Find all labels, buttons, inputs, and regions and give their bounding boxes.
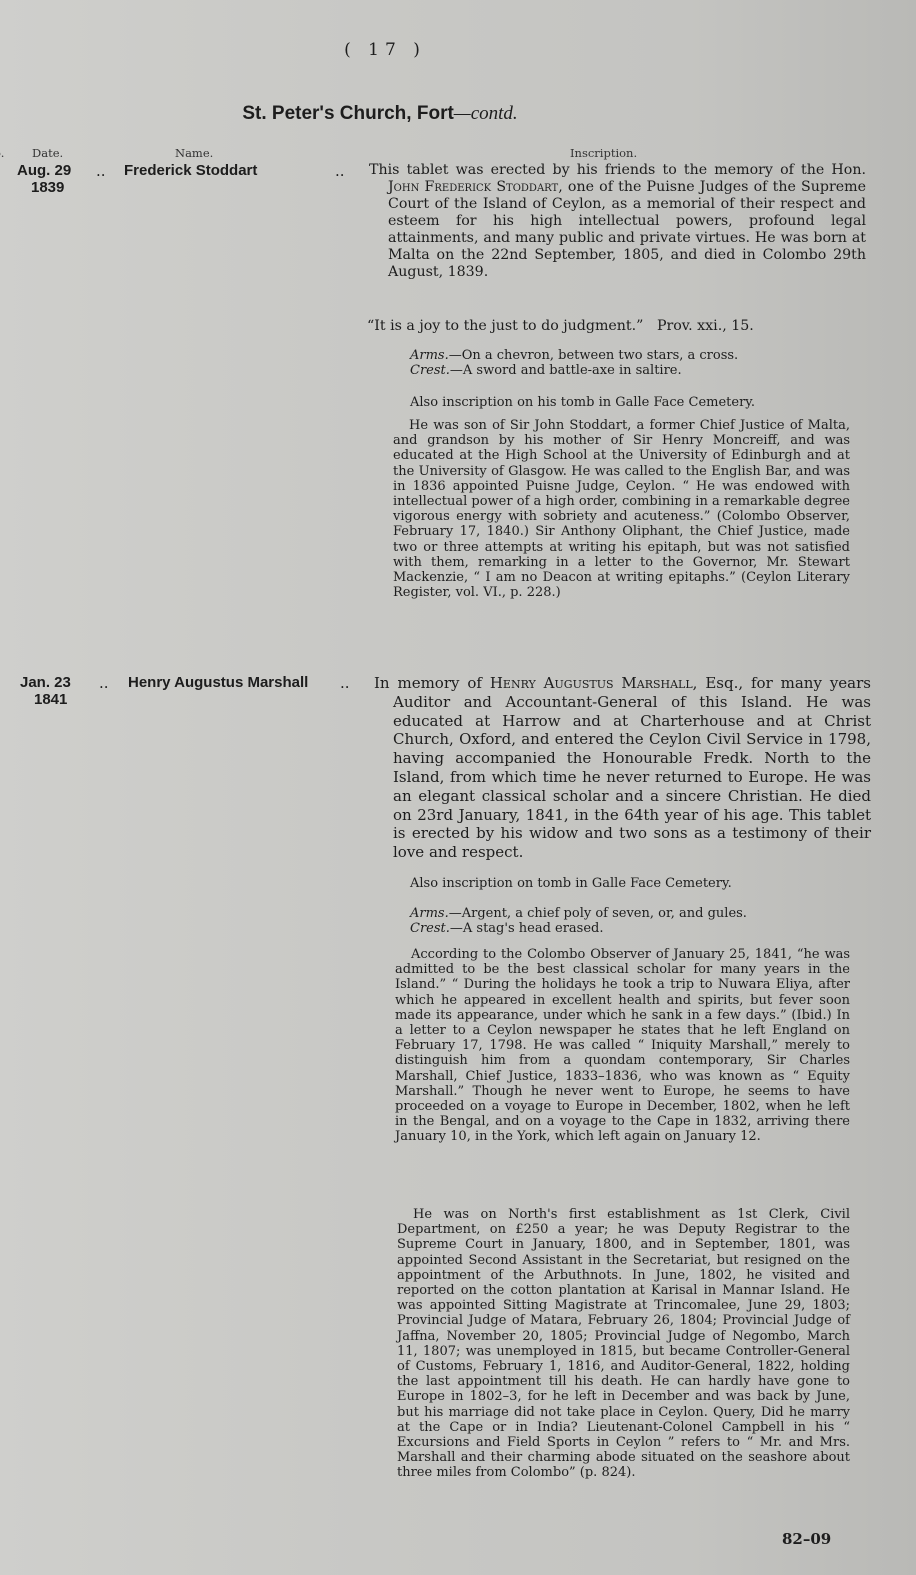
leader-dots: .. xyxy=(96,162,106,180)
entry-note: He was on North's first establishment as… xyxy=(397,1207,850,1481)
quote-reference: Prov. xxi., 15. xyxy=(657,318,754,334)
inscription-text: This tablet was erected by his friends t… xyxy=(369,162,866,281)
leader-dots: .. xyxy=(335,162,345,180)
leader-dots: .. xyxy=(99,674,109,692)
entry-date-year: 1841 xyxy=(20,691,71,708)
also-inscription: Also inscription on his tomb in Galle Fa… xyxy=(410,395,850,410)
entry-name: Henry Augustus Marshall xyxy=(128,674,308,691)
leader-dots: .. xyxy=(340,674,350,692)
footer-code: 82–09 xyxy=(782,1530,831,1548)
inscription-name: John Frederick Stoddart xyxy=(388,179,558,195)
crest-text: —A sword and battle-axe in saltire. xyxy=(450,363,682,378)
column-header-date: Date. xyxy=(32,146,63,160)
inscription-part: , Esq., for many years Auditor and Accou… xyxy=(393,674,871,861)
column-header-no: o. xyxy=(0,146,4,160)
inscription-quote: “It is a joy to the just to do judgment.… xyxy=(367,318,847,335)
page-number: ( 17 ) xyxy=(0,40,770,60)
also-inscription: Also inscription on tomb in Galle Face C… xyxy=(410,876,850,891)
arms-label: Arms. xyxy=(410,348,449,363)
arms-crest: Arms.—On a chevron, between two stars, a… xyxy=(410,348,850,378)
arms-crest: Arms.—Argent, a chief poly of seven, or,… xyxy=(410,906,850,936)
entry-note: According to the Colombo Observer of Jan… xyxy=(395,947,850,1145)
heading-suffix: —contd. xyxy=(454,103,518,124)
entry-date-day: Aug. 29 xyxy=(17,162,71,179)
entry-date-day: Jan. 23 xyxy=(20,674,71,691)
inscription-name: Henry Augustus Marshall xyxy=(490,674,693,692)
crest-label: Crest. xyxy=(410,921,450,936)
crest-text: —A stag's head erased. xyxy=(450,921,604,936)
entry-date-year: 1839 xyxy=(17,179,71,196)
quote-text: “It is a joy to the just to do judgment.… xyxy=(367,318,643,334)
page-heading: St. Peter's Church, Fort—contd. xyxy=(0,103,760,125)
inscription-text: In memory of Henry Augustus Marshall, Es… xyxy=(374,674,871,862)
entry-date: Aug. 29 1839 xyxy=(17,162,71,196)
column-header-name: Name. xyxy=(175,146,213,160)
entry-date: Jan. 23 1841 xyxy=(20,674,71,708)
inscription-part: In memory of xyxy=(374,674,490,692)
arms-label: Arms. xyxy=(410,906,449,921)
arms-text: —On a chevron, between two stars, a cros… xyxy=(449,348,738,363)
inscription-part: This tablet was erected by his friends t… xyxy=(369,162,866,178)
entry-note: He was son of Sir John Stoddart, a forme… xyxy=(393,418,850,600)
crest-label: Crest. xyxy=(410,363,450,378)
entry-name: Frederick Stoddart xyxy=(124,162,257,179)
heading-title: St. Peter's Church, Fort xyxy=(242,103,453,124)
arms-text: —Argent, a chief poly of seven, or, and … xyxy=(449,906,747,921)
column-header-inscription: Inscription. xyxy=(570,146,637,160)
